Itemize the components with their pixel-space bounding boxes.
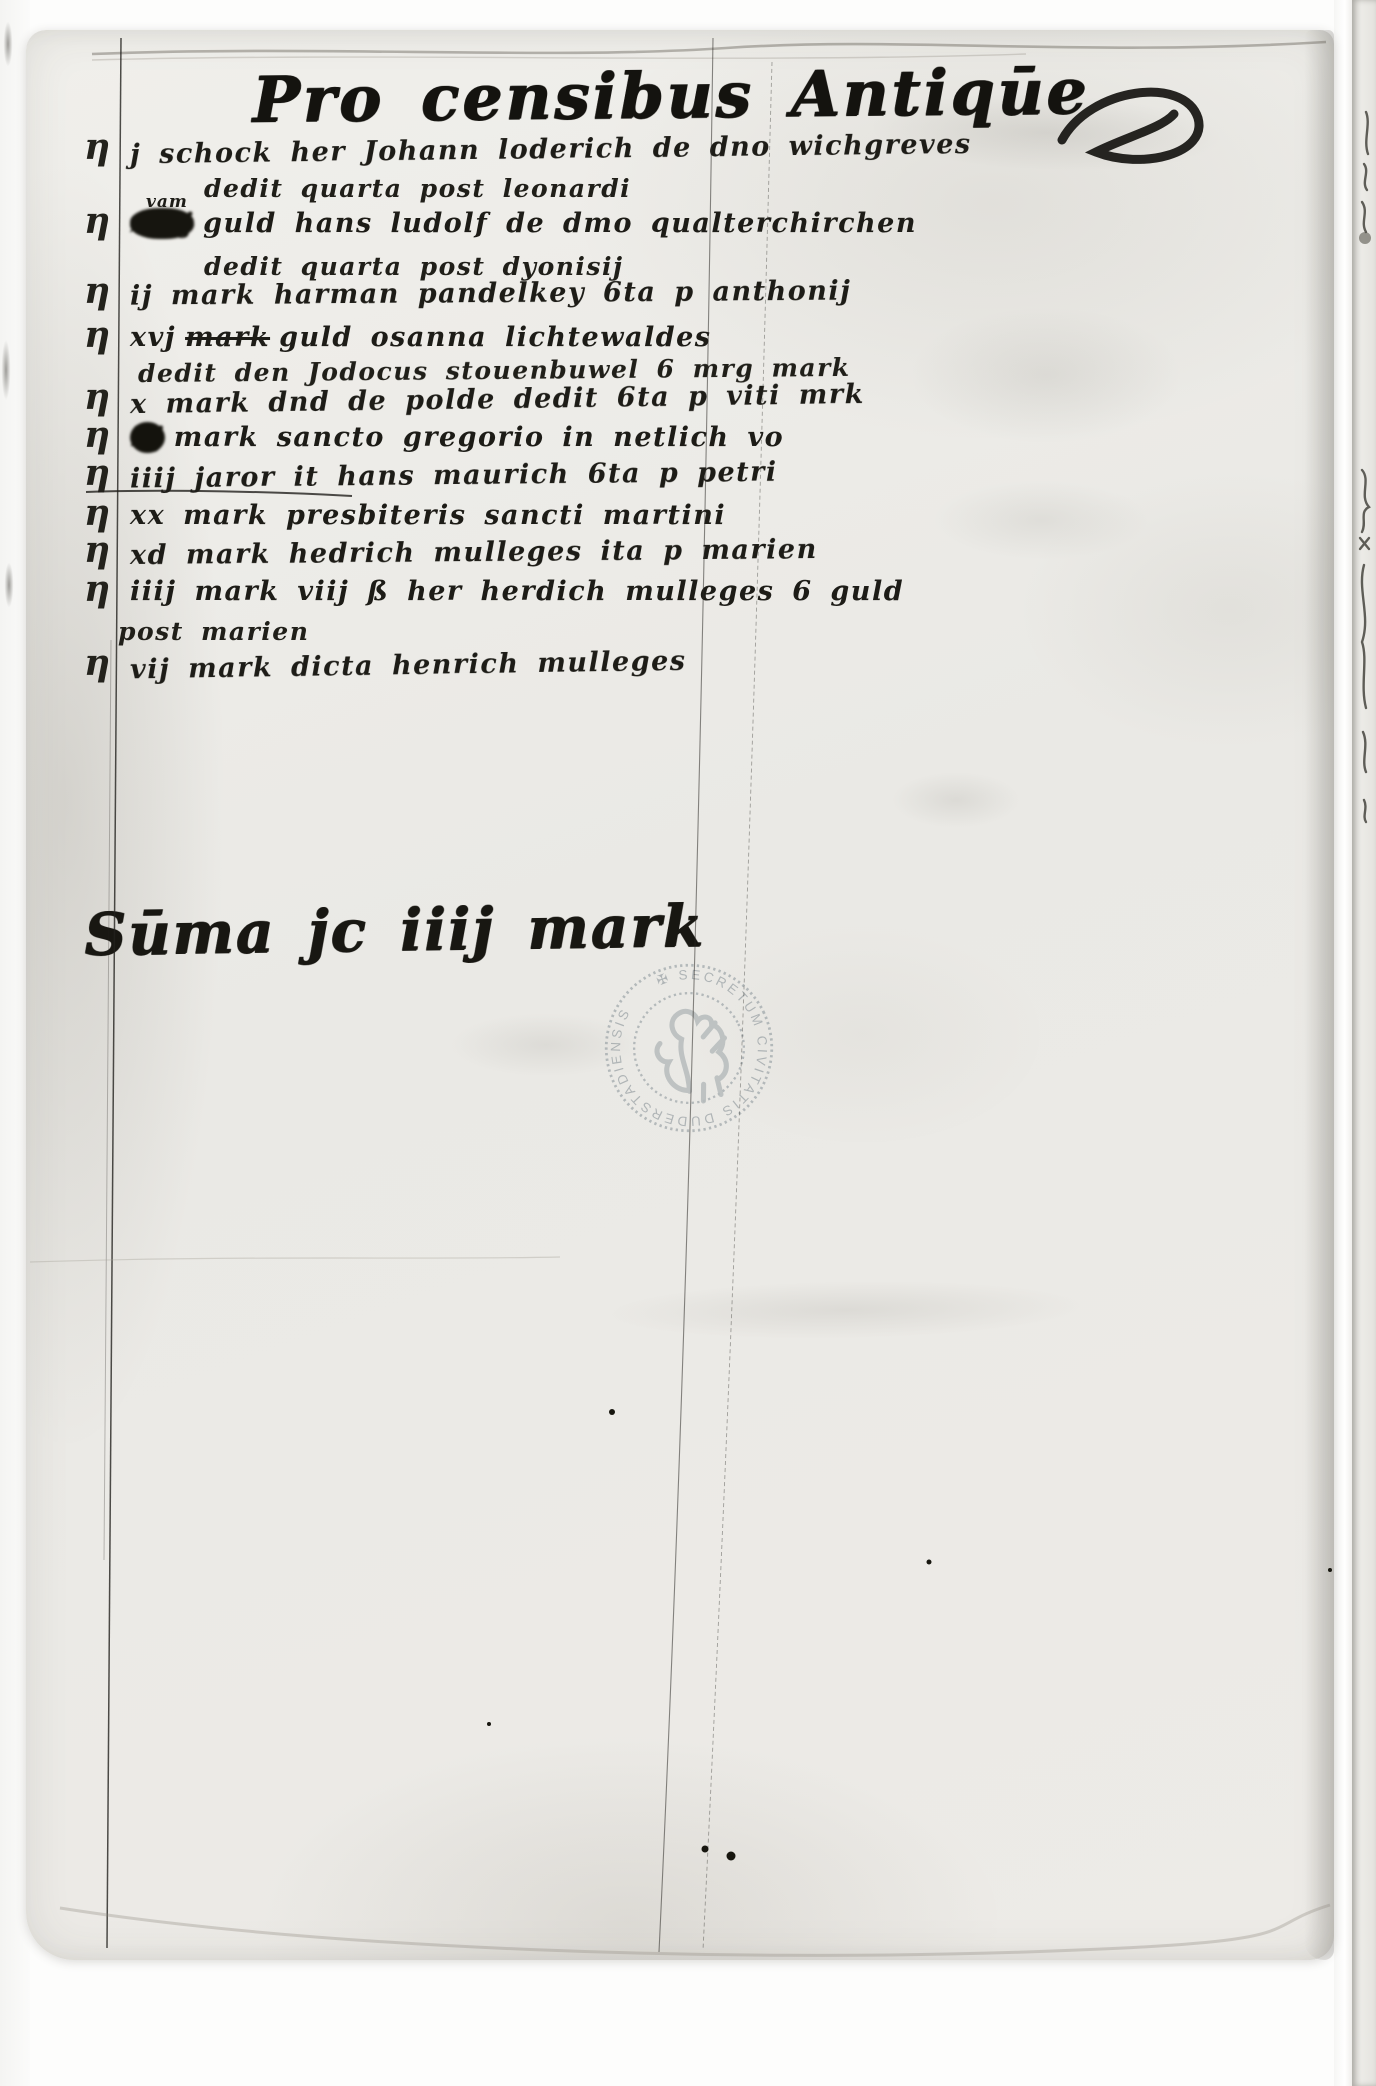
margin-nota-mark: η: [84, 126, 110, 168]
bleedthrough-stain: [555, 1270, 1136, 1350]
edge-smudge: [2, 14, 14, 74]
bleedthrough-stain: [906, 470, 1176, 570]
entry-main-line: xvjmarkguld osanna lichtewaldes: [130, 322, 711, 353]
entry-superscript: vam: [146, 192, 188, 212]
ink-blot: [1359, 232, 1371, 244]
margin-nota-mark: η: [84, 376, 110, 418]
page-title: Pro censibus Antiqūe: [252, 54, 1090, 137]
margin-nota-mark: η: [84, 200, 110, 242]
entry-text: ij mark harman pandelkey 6ta p anthonij: [130, 275, 852, 311]
manuscript-page: Pro censibus Antiqūe η j schock her Joha…: [26, 30, 1334, 1960]
entry-main-line: iijmark sancto gregorio in netlich vo: [130, 422, 784, 453]
top-tear-crease: [92, 42, 1326, 54]
entry-main-line: xiiijvamguld hans ludolf de dmo qualterc…: [130, 208, 917, 239]
entry-main-line: vij mark dicta henrich mulleges: [130, 646, 687, 686]
horizontal-crease: [30, 1257, 560, 1262]
entry-text: iiij jaror it hans maurich 6ta p petri: [130, 457, 778, 495]
adjacent-page-edge: [1352, 0, 1376, 2086]
summa-line: Sūma jc iiij mark: [84, 892, 706, 969]
ink-specks: [487, 1409, 1332, 1861]
entry-struck-word: mark: [185, 322, 270, 353]
edge-smudge: [0, 330, 12, 410]
entry-main-line: ij mark harman pandelkey 6ta p anthonij: [130, 275, 852, 311]
entry-amount: iij: [130, 422, 165, 453]
entry-text: mark sancto gregorio in netlich vo: [174, 422, 784, 453]
margin-nota-mark: η: [84, 314, 110, 356]
entry-struck-word: xiiij: [130, 208, 194, 239]
entry-text: xd mark hedrich mulleges ita p marien: [130, 534, 818, 571]
margin-nota-mark: η: [84, 492, 110, 534]
edge-smudge: [3, 555, 15, 615]
adjacent-page-ink-marks: [1352, 60, 1376, 960]
entry-sub-line: post marien: [118, 617, 309, 646]
margin-nota-mark: η: [84, 270, 110, 312]
entry-text: guld osanna lichtewaldes: [279, 322, 711, 353]
entry-main-line: xd mark hedrich mulleges ita p marien: [130, 534, 818, 571]
gutter-shadow: [1304, 30, 1334, 1960]
manuscript-scan: { "page": { "title": "Pro censibus Antiq…: [0, 0, 1376, 2086]
entry-main-line: iiij jaror it hans maurich 6ta p petri: [130, 457, 778, 495]
entry-text: iiij mark viij ß her herdich mulleges 6 …: [130, 576, 904, 607]
entry-main-line: iiij mark viij ß her herdich mulleges 6 …: [130, 576, 904, 607]
entry-main-line: xx mark presbiteris sancti martini: [130, 500, 726, 531]
bleedthrough-stain: [876, 765, 1036, 835]
entry-text: vij mark dicta henrich mulleges: [130, 646, 687, 686]
entry-amount: xvj: [130, 322, 176, 353]
margin-nota-mark: η: [84, 529, 110, 571]
margin-nota-mark: η: [84, 414, 110, 456]
margin-nota-mark: η: [84, 568, 110, 610]
page-gap: [1334, 0, 1352, 2086]
bottom-tear-crease: [60, 1905, 1330, 1955]
margin-nota-mark: η: [84, 642, 110, 684]
bleedthrough-stain: [876, 290, 1216, 460]
margin-nota-mark: η: [84, 452, 110, 494]
entry-text: guld hans ludolf de dmo qualterchirchen: [203, 208, 917, 239]
seal-legend-text: ✠ SECRETUM CIVITATIS DUDERSTADIENSIS: [581, 940, 798, 1157]
margin-rule-line: [104, 640, 111, 1560]
entry-sub-line: dedit quarta post leonardi: [204, 174, 631, 203]
entry-text: xx mark presbiteris sancti martini: [130, 500, 726, 531]
